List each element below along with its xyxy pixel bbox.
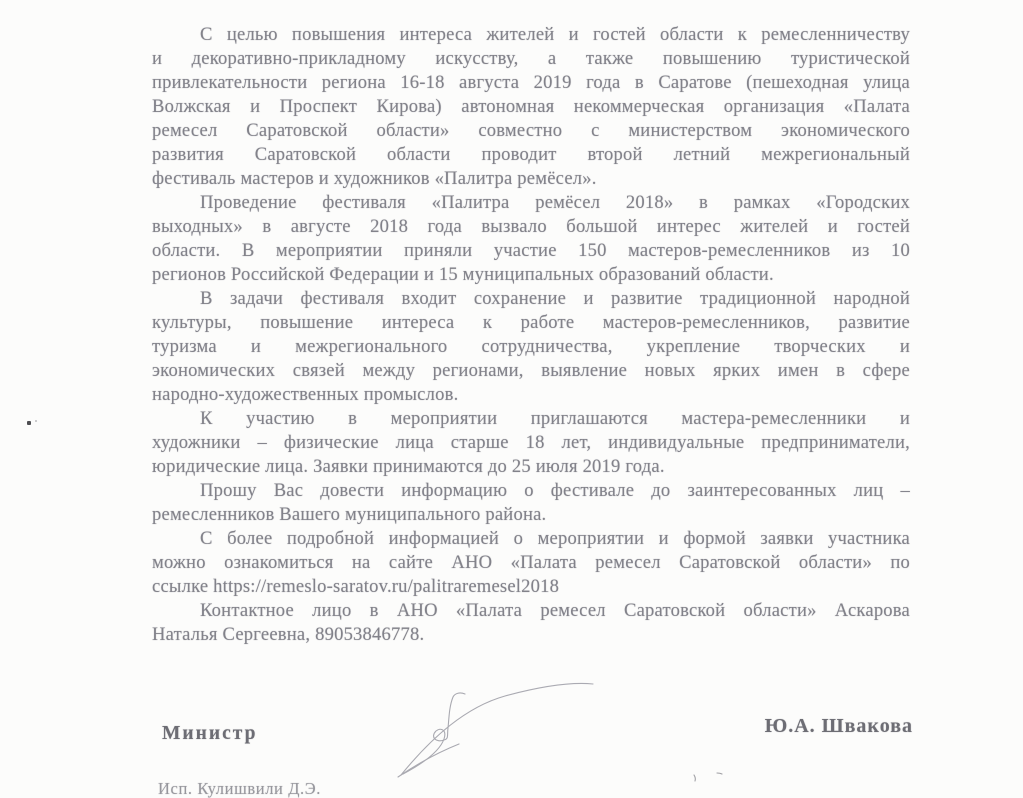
body-line: экономических связей между регионами, вы…: [152, 359, 910, 383]
body-line: Проведение фестиваля «Палитра ремёсел 20…: [152, 191, 910, 215]
minister-title: Министр: [162, 723, 257, 745]
body-line: юридические лица. Заявки принимаются до …: [152, 455, 910, 479]
body-line: Контактное лицо в АНО «Палата ремесел Са…: [152, 599, 910, 623]
paragraph: С целью повышения интереса жителей и гос…: [152, 23, 910, 191]
body-line: развития Саратовской области проводит вт…: [152, 143, 910, 167]
body-line: туризма и межрегионального сотрудничеств…: [152, 335, 910, 359]
paragraph: К участию в мероприятии приглашаются мас…: [152, 407, 910, 479]
scan-artifact-speck: [35, 420, 37, 422]
body-line: можно ознакомиться на сайте АНО «Палата …: [152, 551, 910, 575]
body-line: области. В мероприятии приняли участие 1…: [152, 239, 910, 263]
body-line: Волжская и Проспект Кирова) автономная н…: [152, 95, 910, 119]
executor-note: Исп. Кулишвили Д.Э.: [158, 779, 321, 798]
body-line: В задачи фестиваля входит сохранение и р…: [152, 287, 910, 311]
body-line: народно-художественных промыслов.: [152, 383, 910, 407]
body-line: художники – физические лица старше 18 ле…: [152, 431, 910, 455]
letter-body: С целью повышения интереса жителей и гос…: [152, 23, 910, 647]
scan-artifact-dot: [27, 421, 31, 425]
body-line: фестиваль мастеров и художников «Палитра…: [152, 167, 910, 191]
body-line: К участию в мероприятии приглашаются мас…: [152, 407, 910, 431]
body-line: культуры, повышение интереса к работе ма…: [152, 311, 910, 335]
body-line: ремесленников Вашего муниципального райо…: [152, 503, 910, 527]
body-line: регионов Российской Федерации и 15 муниц…: [152, 263, 910, 287]
paragraph: Прошу Вас довести информацию о фестивале…: [152, 479, 910, 527]
body-line: и декоративно-прикладному искусству, а т…: [152, 47, 910, 71]
signatory-name: Ю.А. Швакова: [765, 715, 913, 738]
body-line: Наталья Сергеевна, 89053846778.: [152, 623, 910, 647]
body-line: ремесел Саратовской области» совместно с…: [152, 119, 910, 143]
body-line: выходных» в августе 2018 года вызвало бо…: [152, 215, 910, 239]
paragraph: С более подробной информацией о мероприя…: [152, 527, 910, 599]
scanned-letter-page: С целью повышения интереса жителей и гос…: [0, 0, 1023, 798]
body-line: Прошу Вас довести информацию о фестивале…: [152, 479, 910, 503]
body-line: С более подробной информацией о мероприя…: [152, 527, 910, 551]
paragraph: В задачи фестиваля входит сохранение и р…: [152, 287, 910, 407]
paragraph: Проведение фестиваля «Палитра ремёсел 20…: [152, 191, 910, 287]
body-line: ссылке https://remeslo-saratov.ru/palitr…: [152, 575, 910, 599]
body-line: привлекательности региона 16-18 августа …: [152, 71, 910, 95]
paragraph: Контактное лицо в АНО «Палата ремесел Са…: [152, 599, 910, 647]
body-line: С целью повышения интереса жителей и гос…: [152, 23, 910, 47]
